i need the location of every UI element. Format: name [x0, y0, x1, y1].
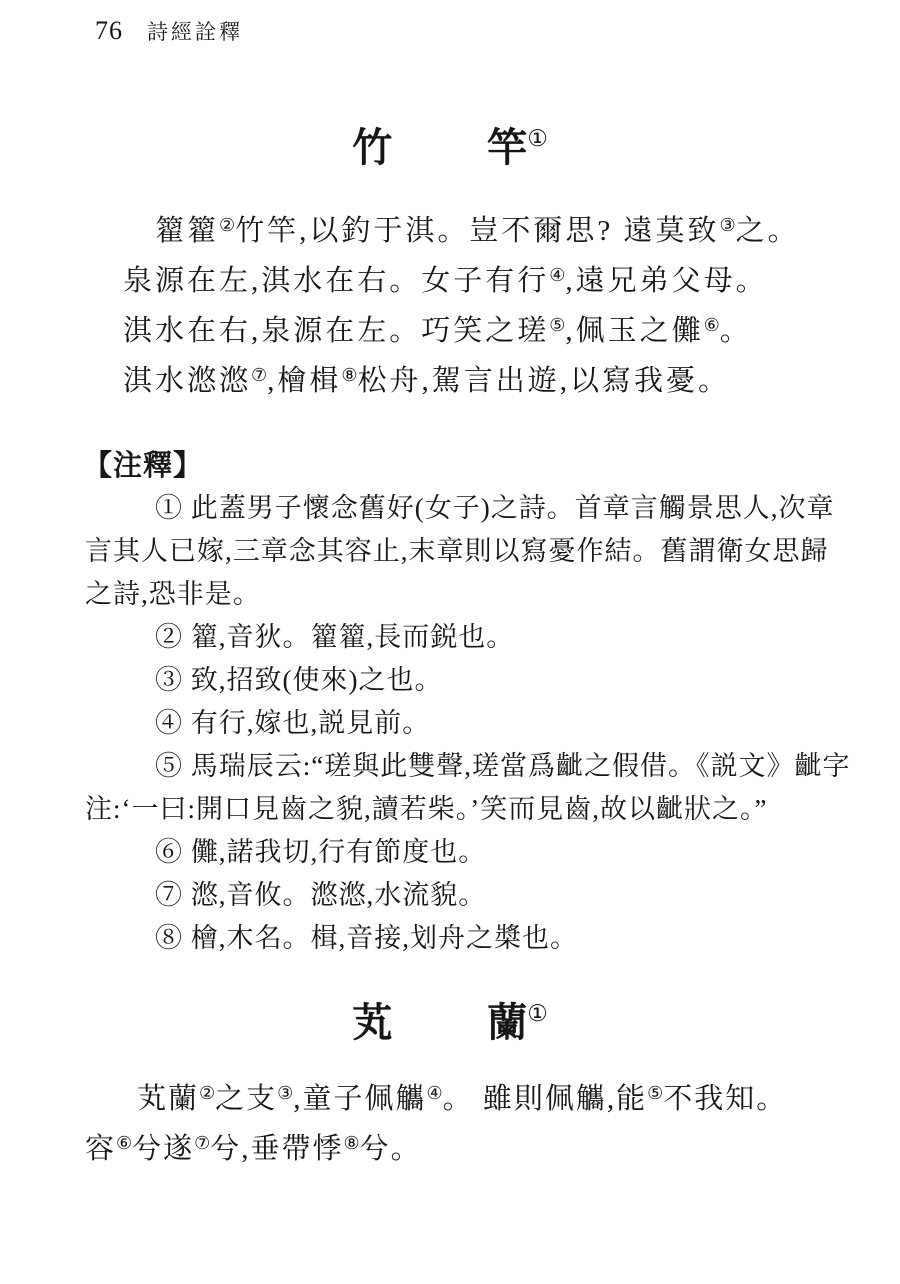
note-line: ② 籊,音狄。籊籊,長而鋭也。	[85, 616, 819, 659]
note-ref-marker: ①	[527, 1001, 548, 1026]
note-line: ⑧ 檜,木名。楫,音接,划舟之槳也。	[85, 917, 819, 960]
poem-title-wanlan: 芄蘭①	[85, 991, 815, 1048]
note-line: 之詩,恐非是。	[85, 573, 819, 616]
note-line: ⑦ 滺,音攸。滺滺,水流貌。	[85, 874, 819, 917]
note-line: ① 此蓋男子懷念舊好(女子)之詩。首章言觸景思人,次章	[85, 487, 819, 530]
note-ref-marker: ①	[527, 126, 548, 151]
book-page: 76詩經詮釋 竹竿① 籊籊②竹竿,以釣于淇。豈不爾思? 遠莫致③之。 泉源在左,…	[0, 0, 900, 1284]
page-number: 76	[95, 16, 123, 45]
poem-stanza: 淇水在右,泉源在左。巧笑之瑳⑤,佩玉之儺⑥。	[123, 306, 800, 356]
poem-text-wanlan: 芄蘭②之支③,童子佩觿④。 雖則佩觿,能⑤不我知。 容⑥兮遂⑦兮,垂帶悸⑧兮。	[85, 1074, 787, 1174]
note-line: ⑤ 馬瑞辰云:“瑳與此雙聲,瑳當爲齜之假借。《説文》齜字	[85, 745, 819, 788]
note-line: 注:‘一曰:開口見齒之貌,讀若柴。’笑而見齒,故以齜狀之。”	[85, 788, 819, 831]
poem-stanza: 芄蘭②之支③,童子佩觿④。 雖則佩觿,能⑤不我知。	[85, 1074, 787, 1124]
poem-stanza: 泉源在左,淇水在右。女子有行④,遠兄弟父母。	[123, 256, 800, 306]
notes-section-header: 【注釋】	[83, 443, 203, 484]
note-line: ④ 有行,嫁也,説見前。	[85, 702, 819, 745]
poem-title-zhugan: 竹竿①	[85, 116, 815, 173]
poem-stanza: 容⑥兮遂⑦兮,垂帶悸⑧兮。	[85, 1124, 787, 1174]
note-line: ③ 致,招致(使來)之也。	[85, 659, 819, 702]
poem-title-char: 竿	[487, 126, 527, 170]
poem-text-zhugan: 籊籊②竹竿,以釣于淇。豈不爾思? 遠莫致③之。 泉源在左,淇水在右。女子有行④,…	[123, 206, 800, 406]
notes-section: ① 此蓋男子懷念舊好(女子)之詩。首章言觸景思人,次章 言其人已嫁,三章念其容止…	[85, 487, 819, 960]
poem-title-char: 竹	[352, 126, 392, 170]
page-header: 76詩經詮釋	[95, 16, 243, 46]
note-line: ⑥ 儺,諾我切,行有節度也。	[85, 831, 819, 874]
book-title: 詩經詮釋	[147, 20, 243, 44]
note-line: 言其人已嫁,三章念其容止,末章則以寫憂作結。舊謂衛女思歸	[85, 530, 819, 573]
poem-title-char: 蘭	[487, 1001, 527, 1045]
poem-title-char: 芄	[352, 1001, 392, 1045]
poem-stanza: 淇水滺滺⑦,檜楫⑧松舟,駕言出遊,以寫我憂。	[123, 356, 800, 406]
poem-stanza: 籊籊②竹竿,以釣于淇。豈不爾思? 遠莫致③之。	[123, 206, 800, 256]
